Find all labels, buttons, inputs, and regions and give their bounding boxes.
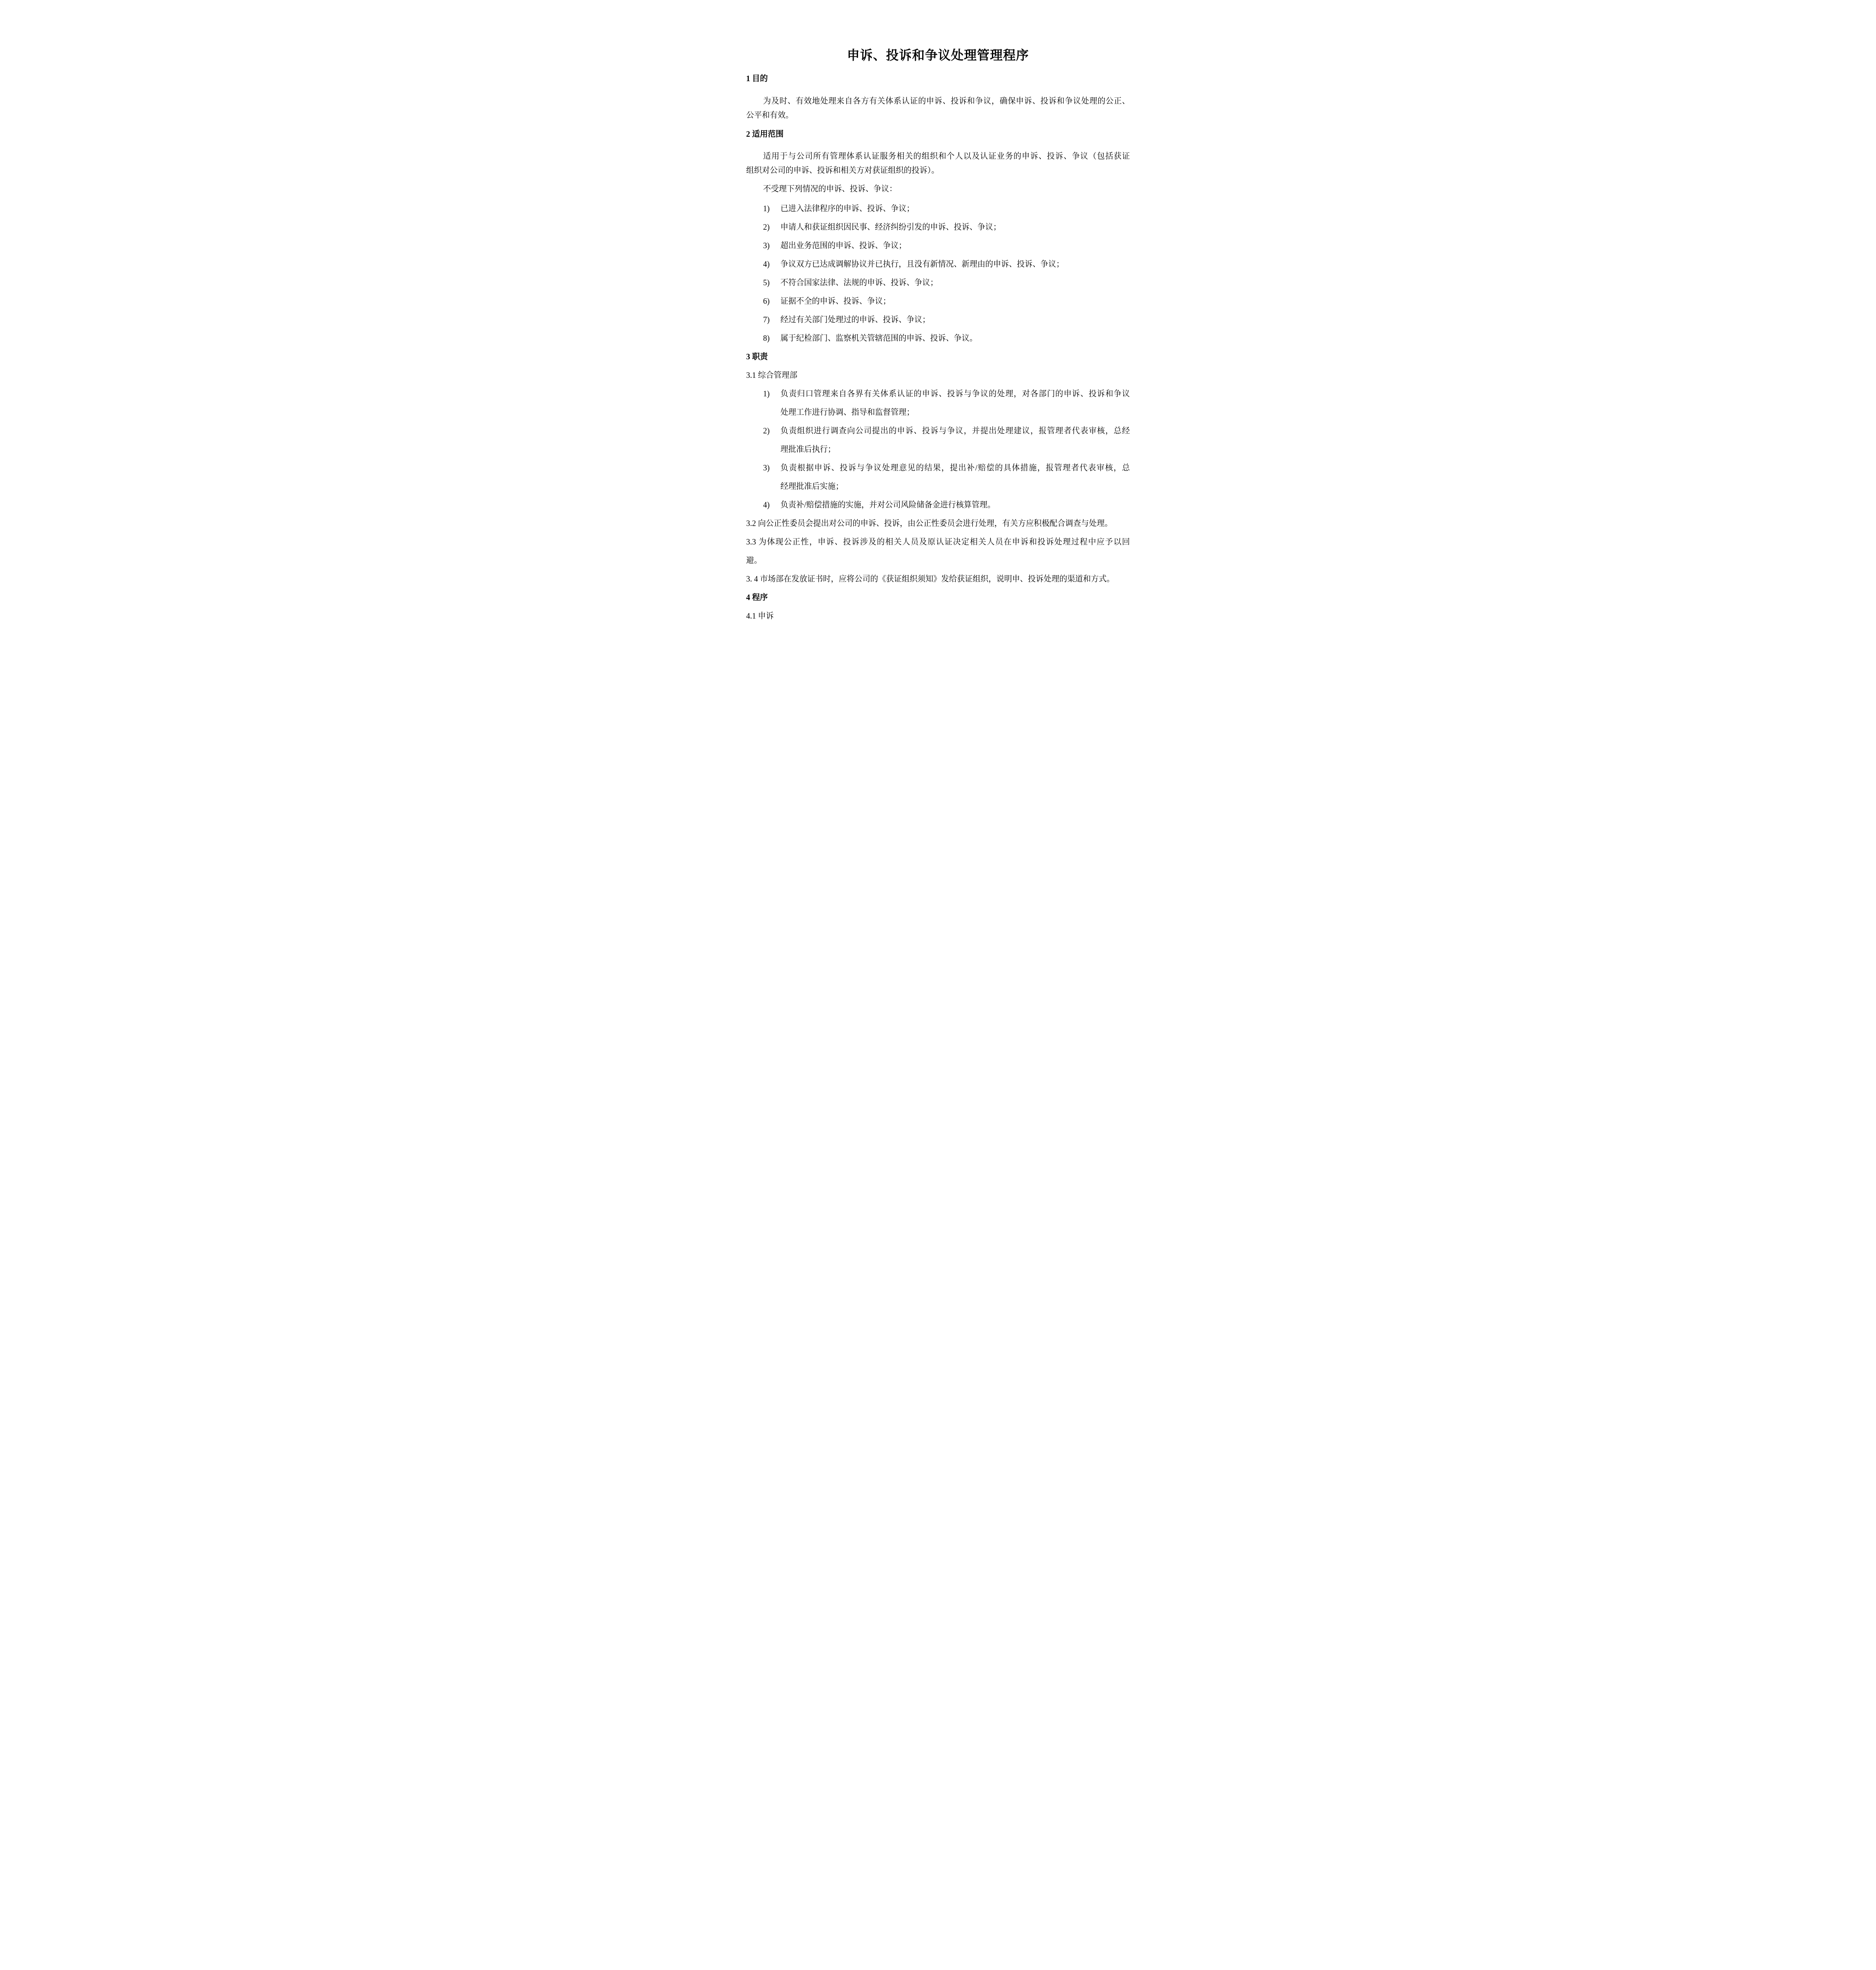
list-item-number: 2) (763, 422, 770, 440)
text-line: 公平和有效。 (746, 108, 1130, 123)
list-item-text: 已进入法律程序的申诉、投诉、争议； (780, 200, 1130, 218)
scope-paragraph: 适用于与公司所有管理体系认证服务相关的组织和个人以及认证业务的申诉、投诉、争议（… (746, 149, 1130, 178)
list-item-text: 经过有关部门处理过的申诉、投诉、争议； (780, 311, 1130, 329)
subsection-41: 4.1 申诉 (746, 607, 1130, 626)
list-item-text: 理批准后执行； (780, 440, 1130, 459)
list-item-text: 经理批准后实施； (780, 478, 1130, 496)
text-line: 组织对公司的申诉、投诉和相关方对获证组织的投诉）。 (746, 164, 1130, 178)
list-item-text: 争议双方已达成调解协议并已执行，且没有新情况、新理由的申诉、投诉、争议； (780, 255, 1130, 274)
text-line: 避。 (746, 552, 1130, 570)
list-item: 8) 属于纪检部门、监察机关管辖范围的申诉、投诉、争议。 (746, 329, 1130, 348)
list-item-number: 4) (763, 255, 770, 274)
document-page: 申诉、投诉和争议处理管理程序 1 目的 为及时、有效地处理来自各方有关体系认证的… (704, 0, 1172, 663)
list-item: 3) 负责根据申诉、投诉与争议处理意见的结果，提出补/赔偿的具体措施，报管理者代… (746, 459, 1130, 496)
subsection-31: 3.1 综合管理部 (746, 366, 1130, 385)
list-item-text: 属于纪检部门、监察机关管辖范围的申诉、投诉、争议。 (780, 329, 1130, 348)
list-item-number: 7) (763, 311, 770, 329)
list-item: 5) 不符合国家法律、法规的申诉、投诉、争议； (746, 274, 1130, 292)
list-item-number: 8) (763, 329, 770, 348)
list-item-text: 处理工作进行协调、指导和监督管理； (780, 403, 1130, 422)
list-item: 6) 证据不全的申诉、投诉、争议； (746, 292, 1130, 311)
document-title: 申诉、投诉和争议处理管理程序 (746, 47, 1130, 63)
section-heading-responsibilities: 3 职责 (746, 348, 1130, 366)
list-item-number: 2) (763, 218, 770, 237)
subsection-32: 3.2 向公正性委员会提出对公司的申诉、投诉，由公正性委员会进行处理，有关方应积… (746, 515, 1130, 533)
not-accepted-intro: 不受理下列情况的申诉、投诉、争议： (746, 180, 1130, 199)
responsibilities-list: 1) 负责归口管理来自各界有关体系认证的申诉、投诉与争议的处理，对各部门的申诉、… (746, 385, 1130, 515)
list-item-number: 1) (763, 385, 770, 403)
text-line: 为及时、有效地处理来自各方有关体系认证的申诉、投诉和争议，确保申诉、投诉和争议处… (746, 94, 1130, 108)
text-line: 3.3 为体现公正性，申诉、投诉涉及的相关人员及原认证决定相关人员在申诉和投诉处… (746, 533, 1130, 552)
list-item-number: 6) (763, 292, 770, 311)
section-heading-procedure: 4 程序 (746, 589, 1130, 607)
list-item: 3) 超出业务范围的申诉、投诉、争议； (746, 237, 1130, 255)
list-item: 1) 已进入法律程序的申诉、投诉、争议； (746, 200, 1130, 218)
list-item: 2) 申请人和获证组织因民事、经济纠纷引发的申诉、投诉、争议； (746, 218, 1130, 237)
list-item-number: 4) (763, 496, 770, 515)
list-item: 1) 负责归口管理来自各界有关体系认证的申诉、投诉与争议的处理，对各部门的申诉、… (746, 385, 1130, 422)
list-item-text: 负责补/赔偿措施的实施，并对公司风险储备金进行核算管理。 (780, 496, 1130, 515)
list-item-number: 3) (763, 459, 770, 478)
list-item-text: 负责根据申诉、投诉与争议处理意见的结果，提出补/赔偿的具体措施，报管理者代表审核… (780, 459, 1130, 478)
list-item-text: 超出业务范围的申诉、投诉、争议； (780, 237, 1130, 255)
list-item-text: 负责组织进行调查向公司提出的申诉、投诉与争议，并提出处理建议，报管理者代表审核，… (780, 422, 1130, 440)
list-item-text: 不符合国家法律、法规的申诉、投诉、争议； (780, 274, 1130, 292)
purpose-paragraph: 为及时、有效地处理来自各方有关体系认证的申诉、投诉和争议，确保申诉、投诉和争议处… (746, 94, 1130, 123)
exclusions-list: 1) 已进入法律程序的申诉、投诉、争议； 2) 申请人和获证组织因民事、经济纠纷… (746, 200, 1130, 348)
text-line: 适用于与公司所有管理体系认证服务相关的组织和个人以及认证业务的申诉、投诉、争议（… (746, 149, 1130, 164)
list-item-number: 5) (763, 274, 770, 292)
list-item: 7) 经过有关部门处理过的申诉、投诉、争议； (746, 311, 1130, 329)
list-item-number: 1) (763, 200, 770, 218)
list-item: 4) 负责补/赔偿措施的实施，并对公司风险储备金进行核算管理。 (746, 496, 1130, 515)
text-line: 不受理下列情况的申诉、投诉、争议： (746, 180, 1130, 199)
list-item: 2) 负责组织进行调查向公司提出的申诉、投诉与争议，并提出处理建议，报管理者代表… (746, 422, 1130, 459)
list-item: 4) 争议双方已达成调解协议并已执行，且没有新情况、新理由的申诉、投诉、争议； (746, 255, 1130, 274)
list-item-text: 负责归口管理来自各界有关体系认证的申诉、投诉与争议的处理，对各部门的申诉、投诉和… (780, 385, 1130, 403)
list-item-number: 3) (763, 237, 770, 255)
list-item-text: 申请人和获证组织因民事、经济纠纷引发的申诉、投诉、争议； (780, 218, 1130, 237)
list-item-text: 证据不全的申诉、投诉、争议； (780, 292, 1130, 311)
subsection-33: 3.3 为体现公正性，申诉、投诉涉及的相关人员及原认证决定相关人员在申诉和投诉处… (746, 533, 1130, 570)
subsection-34: 3. 4 市场部在发放证书时，应将公司的《获证组织须知》发给获证组织，说明申、投… (746, 570, 1130, 589)
section-heading-scope: 2 适用范围 (746, 129, 1130, 140)
section-heading-purpose: 1 目的 (746, 73, 1130, 84)
